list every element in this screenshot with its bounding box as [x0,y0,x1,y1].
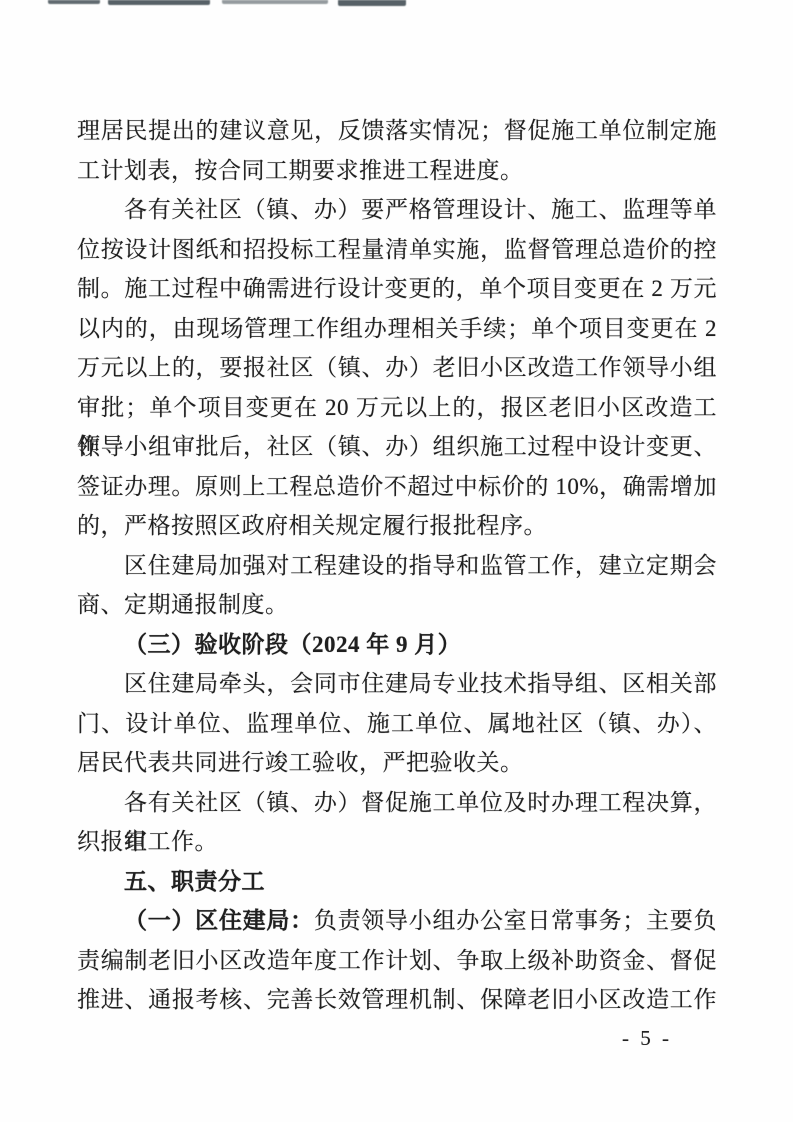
text-segment: 领导小组审批后，社区（镇、办）组织施工过程中设计变更、 [77,434,717,459]
scan-smudge-icon [48,0,100,4]
text-segment: 负责领导小组办公室日常事务；主要负 [314,908,717,933]
text-line: 审批；单个项目变更在 20 万元以上的，报区老旧小区改造工作 [77,388,717,428]
text-line: 签证办理。原则上工程总造价不超过中标价的 10%，确需增加 [77,467,717,507]
text-line: 各有关社区（镇、办）要严格管理设计、施工、监理等单 [77,190,717,230]
page-number: - 5 - [622,1026,672,1051]
text-segment: 区住建局加强对工程建设的指导和监管工作，建立定期会 [124,553,717,578]
text-line: 位按设计图纸和招投标工程量清单实施，监督管理总造价的控 [77,230,717,270]
text-segment: 居民代表共同进行竣工验收，严把验收关。 [77,750,524,775]
scan-smudge-icon [222,0,328,4]
text-segment: 门、设计单位、监理单位、施工单位、属地社区（镇、办）、 [77,711,717,736]
text-line: 居民代表共同进行竣工验收，严把验收关。 [77,743,717,783]
text-line: 织报审工作。 [77,822,717,862]
text-line: 商、定期通报制度。 [77,585,717,625]
text-segment: （一）区住建局： [124,908,314,933]
text-segment: 签证办理。原则上工程总造价不超过中标价的 10%，确需增加 [77,474,717,499]
text-segment: 理居民提出的建议意见，反馈落实情况；督促施工单位制定施 [77,118,717,143]
text-line: 区住建局加强对工程建设的指导和监管工作，建立定期会 [77,546,717,586]
text-line: 责编制老旧小区改造年度工作计划、争取上级补助资金、督促 [77,941,717,981]
text-line: 工计划表，按合同工期要求推进工程进度。 [77,151,717,191]
document-page: 理居民提出的建议意见，反馈落实情况；督促施工单位制定施工计划表，按合同工期要求推… [0,0,793,1122]
text-segment: 位按设计图纸和招投标工程量清单实施，监督管理总造价的控 [77,237,717,262]
text-segment: 五、职责分工 [124,869,265,894]
text-line: 的，严格按照区政府相关规定履行报批程序。 [77,506,717,546]
text-segment: 区住建局牵头，会同市住建局专业技术指导组、区相关部 [124,671,717,696]
text-segment: 的，严格按照区政府相关规定履行报批程序。 [77,513,547,538]
text-line: 理居民提出的建议意见，反馈落实情况；督促施工单位制定施 [77,111,717,151]
text-segment: 织报审工作。 [77,829,218,854]
scan-smudge-icon [108,0,210,5]
text-segment: 制。施工过程中确需进行设计变更的，单个项目变更在 2 万元 [77,276,717,301]
text-line: 区住建局牵头，会同市住建局专业技术指导组、区相关部 [77,664,717,704]
text-line: 万元以上的，要报社区（镇、办）老旧小区改造工作领导小组 [77,348,717,388]
text-segment: 责编制老旧小区改造年度工作计划、争取上级补助资金、督促 [77,948,717,973]
text-segment: 万元以上的，要报社区（镇、办）老旧小区改造工作领导小组 [77,355,717,380]
text-line: 门、设计单位、监理单位、施工单位、属地社区（镇、办）、 [77,704,717,744]
text-line: （三）验收阶段（2024 年 9 月） [77,625,717,665]
text-segment: 商、定期通报制度。 [77,592,289,617]
text-line: 各有关社区（镇、办）督促施工单位及时办理工程决算，组 [77,783,717,823]
text-line: 五、职责分工 [77,862,717,902]
text-segment: 工计划表，按合同工期要求推进工程进度。 [77,158,524,183]
text-segment: 以内的，由现场管理工作组办理相关手续；单个项目变更在 2 [77,316,717,341]
scan-smudge-icon [338,0,406,6]
text-line: 以内的，由现场管理工作组办理相关手续；单个项目变更在 2 [77,309,717,349]
text-segment: 各有关社区（镇、办）要严格管理设计、施工、监理等单 [124,197,717,222]
text-line: 推进、通报考核、完善长效管理机制、保障老旧小区改造工作 [77,980,717,1020]
text-segment: （三）验收阶段（2024 年 9 月） [124,632,461,657]
text-line: （一）区住建局：负责领导小组办公室日常事务；主要负 [77,901,717,941]
text-segment: 推进、通报考核、完善长效管理机制、保障老旧小区改造工作 [77,987,717,1012]
document-body: 理居民提出的建议意见，反馈落实情况；督促施工单位制定施工计划表，按合同工期要求推… [77,111,717,1020]
text-line: 制。施工过程中确需进行设计变更的，单个项目变更在 2 万元 [77,269,717,309]
text-line: 领导小组审批后，社区（镇、办）组织施工过程中设计变更、 [77,427,717,467]
